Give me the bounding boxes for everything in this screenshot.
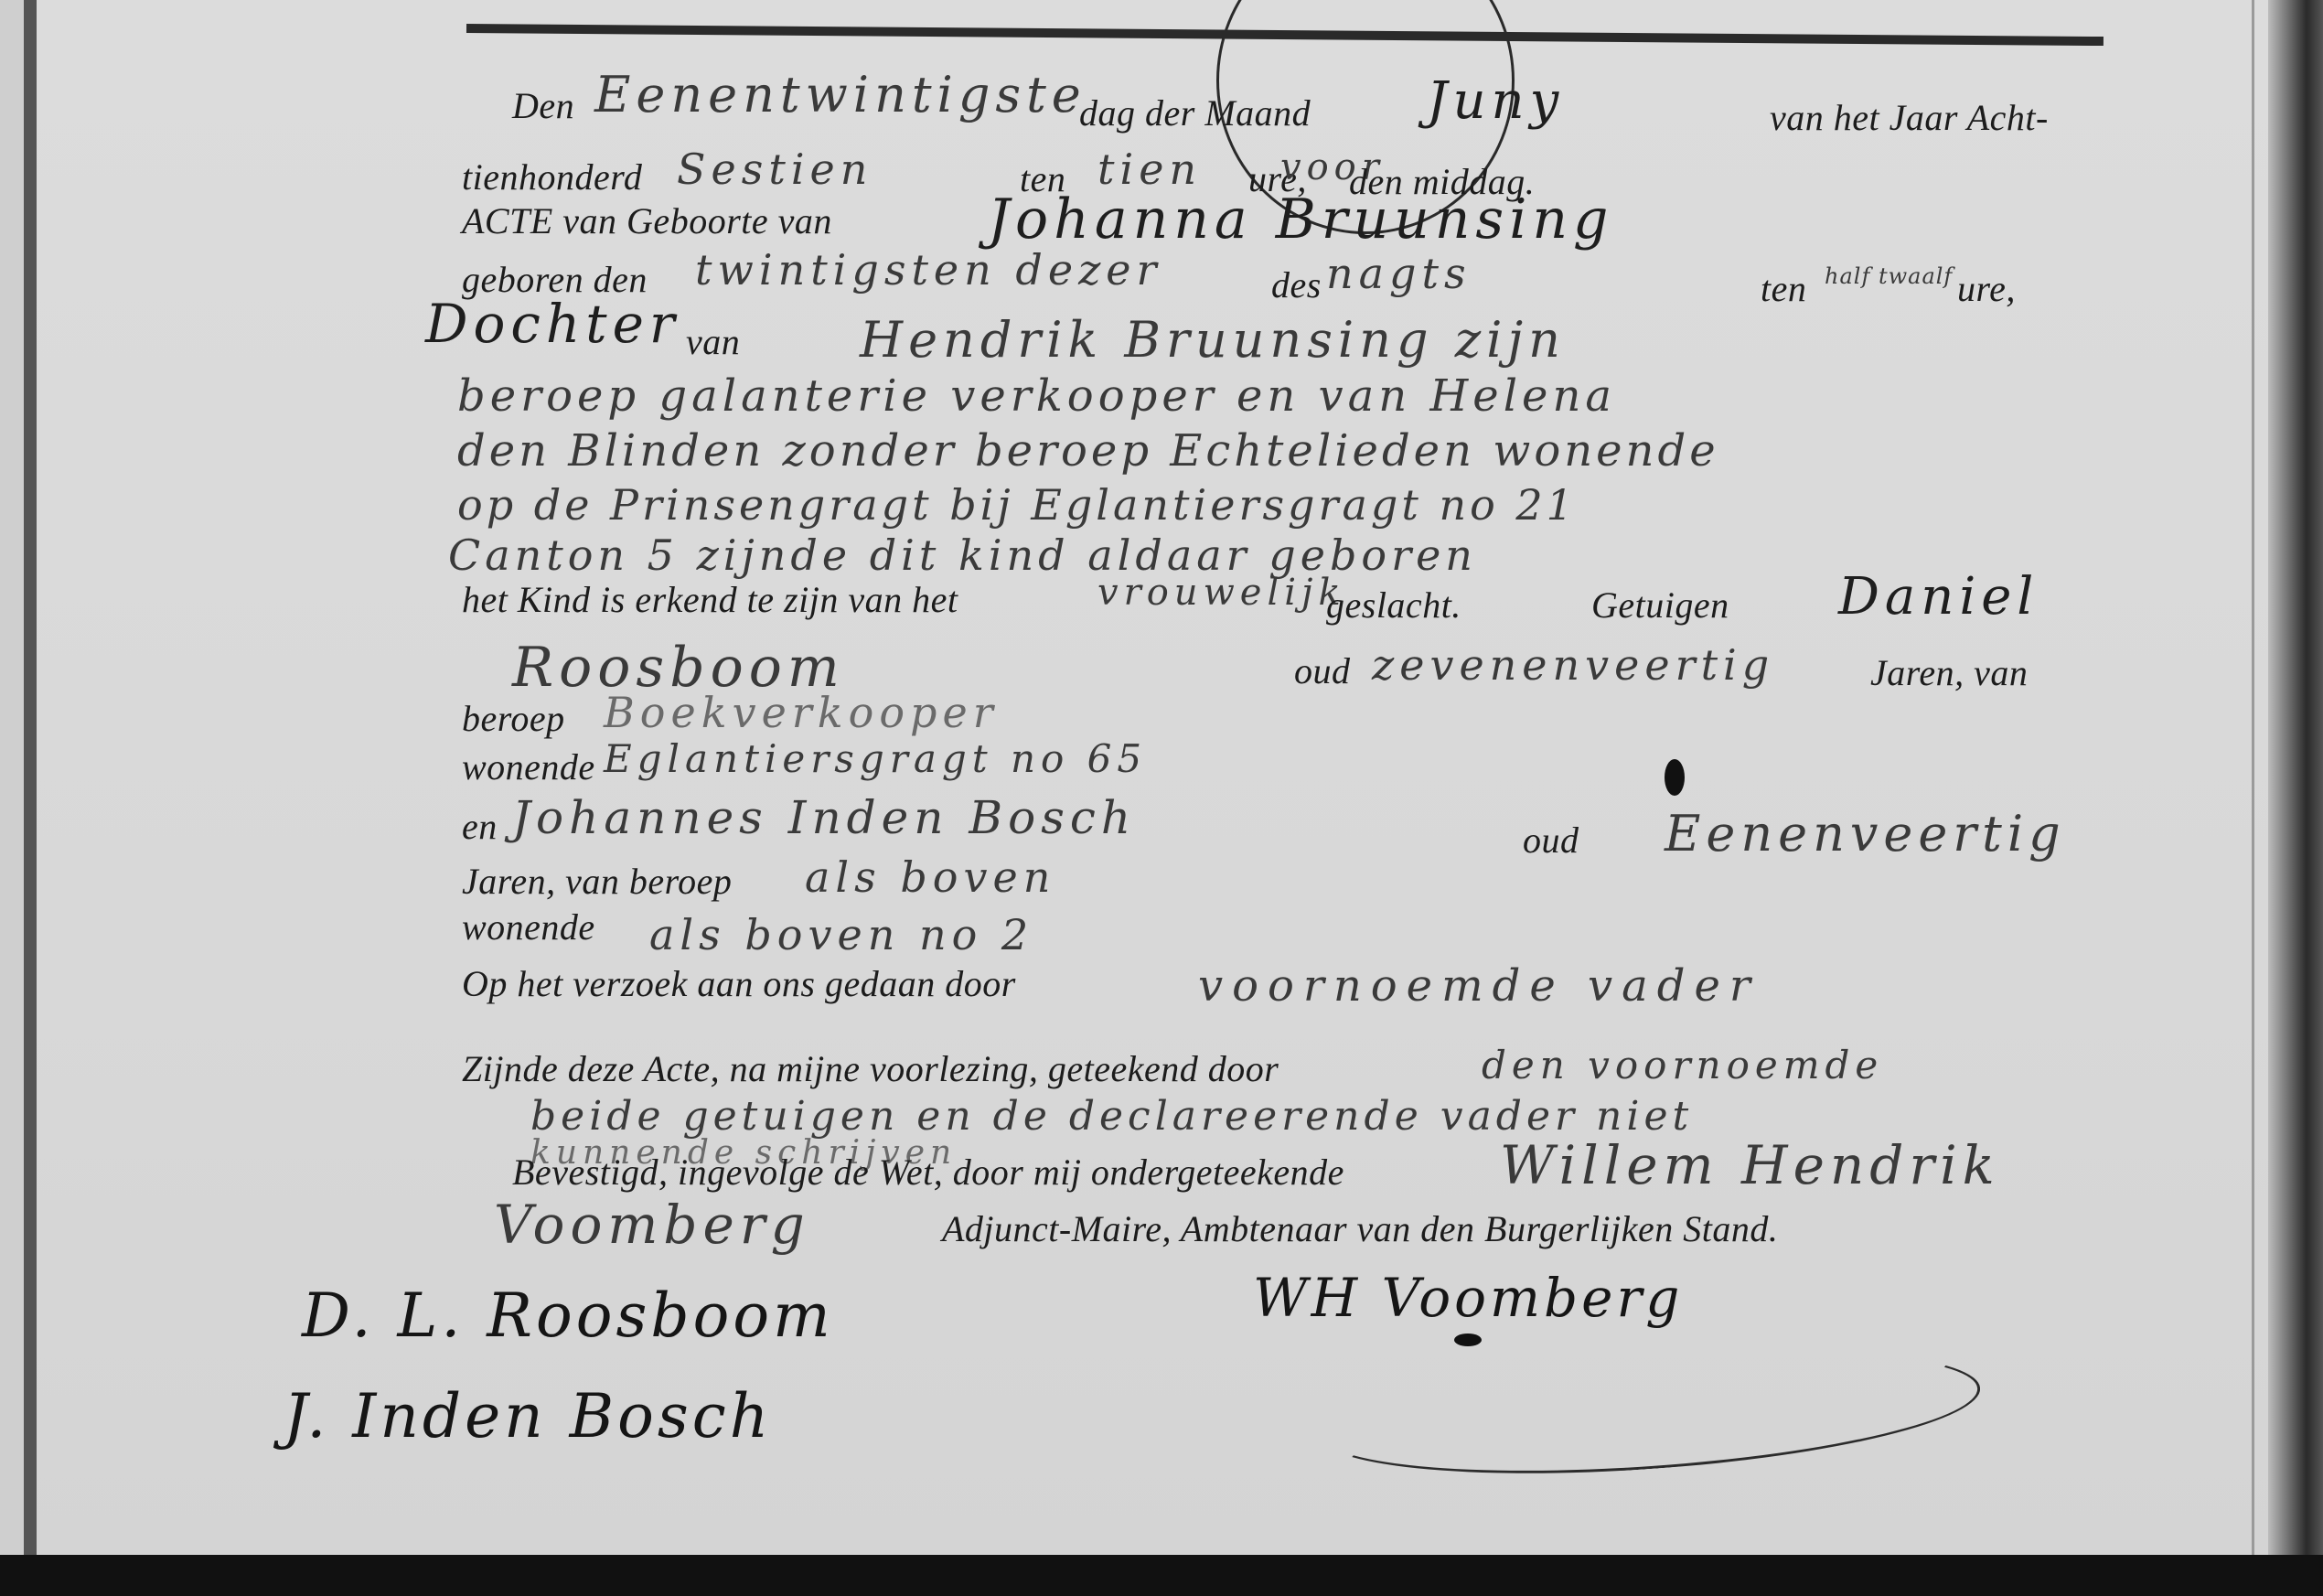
printed-wonende: wonende: [462, 745, 595, 788]
handwritten-witness1-occupation: Boekverkooper: [604, 688, 999, 737]
printed-beroep: beroep: [462, 697, 565, 740]
printed-ten-2: ten: [1761, 267, 1806, 310]
printed-oud: oud: [1294, 649, 1351, 692]
printed-jaren-van: Jaren, van: [1870, 651, 2028, 694]
printed-jaren-van-beroep: Jaren, van beroep: [462, 860, 732, 903]
handwritten-official-last: Voomberg: [494, 1194, 810, 1256]
printed-dag-der-maand: dag der Maand: [1079, 91, 1311, 134]
handwritten-nagts: nagts: [1326, 249, 1472, 298]
printed-bevestigd: Bevestigd, ingevolge de Wet, door mij on…: [512, 1151, 1344, 1194]
handwritten-child-name: Johanna Bruunsing: [988, 187, 1613, 252]
handwritten-day: Eenentwintigste: [594, 66, 1087, 123]
handwritten-line-6: beroep galanterie verkooper en van Helen…: [457, 370, 1616, 422]
handwritten-witness2: Johannes Inden Bosch: [512, 791, 1136, 844]
handwritten-signers: den voornoemde: [1482, 1043, 1883, 1087]
handwritten-witness1-address: Eglantiersgragt no 65: [604, 736, 1147, 781]
printed-van: van: [686, 320, 740, 363]
signature-inden-bosch: J. Inden Bosch: [284, 1381, 772, 1451]
printed-adjunct-maire: Adjunct-Maire, Ambtenaar van den Burgerl…: [942, 1207, 1778, 1250]
page-edge-line: [2252, 0, 2254, 1573]
printed-getuigen: Getuigen: [1591, 584, 1729, 627]
ink-blot: [1454, 1334, 1482, 1346]
handwritten-witness1-age: zevenenveertig: [1372, 640, 1774, 690]
printed-oud-2: oud: [1523, 819, 1579, 862]
document-page: Den Eenentwintigste dag der Maand Juny v…: [0, 0, 2323, 1596]
scan-bottom-shadow: [0, 1555, 2323, 1596]
left-margin: [0, 0, 24, 1555]
handwritten-witness2-address: als boven no 2: [649, 910, 1033, 959]
signature-voomberg: WH Voomberg: [1253, 1267, 1683, 1329]
right-binding-edge: [2268, 0, 2323, 1596]
handwritten-line-8: op de Prinsengragt bij Eglantiersgragt n…: [457, 480, 1577, 530]
handwritten-year: Sestien: [677, 145, 872, 194]
signature-flourish: [1313, 1331, 1984, 1492]
printed-zijnde-deze-acte: Zijnde deze Acte, na mijne voorlezing, g…: [462, 1047, 1279, 1090]
printed-des: des: [1271, 263, 1322, 306]
handwritten-birth-time: half twaalf: [1825, 263, 1953, 289]
left-binding-strip: [24, 0, 37, 1555]
handwritten-hour: tien: [1097, 145, 1202, 194]
handwritten-line-7: den Blinden zonder beroep Echtelieden wo…: [457, 425, 1719, 477]
ink-blot: [1665, 759, 1685, 796]
handwritten-requester: voornoemde vader: [1198, 960, 1760, 1012]
printed-ure-2: ure,: [1957, 267, 2016, 310]
handwritten-father: Hendrik Bruunsing zijn: [860, 311, 1566, 369]
printed-en: en: [462, 805, 498, 848]
handwritten-birth-date: twintigsten dezer: [695, 245, 1162, 295]
handwritten-signers-line2: beide getuigen en de declareerende vader…: [530, 1093, 1693, 1140]
printed-wonende-2: wonende: [462, 905, 595, 948]
handwritten-sex: vrouwelijk: [1097, 572, 1346, 614]
printed-op-het-verzoek: Op het verzoek aan ons gedaan door: [462, 962, 1016, 1005]
printed-den: Den: [512, 84, 574, 127]
printed-van-het-jaar: van het Jaar Acht-: [1770, 96, 2049, 139]
handwritten-witness2-occupation: als boven: [805, 852, 1055, 902]
printed-het-kind: het Kind is erkend te zijn van het: [462, 578, 958, 621]
printed-geslacht: geslacht.: [1326, 584, 1461, 627]
printed-tienhonderd: tienhonderd: [462, 155, 642, 198]
handwritten-witness1-first: Daniel: [1838, 567, 2039, 627]
handwritten-official-first: Willem Hendrik: [1500, 1134, 2000, 1196]
signature-roosboom: D. L. Roosboom: [302, 1280, 834, 1351]
handwritten-dochter: Dochter: [425, 293, 680, 355]
handwritten-witness2-age: Eenenveertig: [1665, 805, 2066, 862]
printed-acte-van-geboorte: ACTE van Geboorte van: [462, 199, 832, 242]
handwritten-month: Juny: [1427, 71, 1564, 131]
